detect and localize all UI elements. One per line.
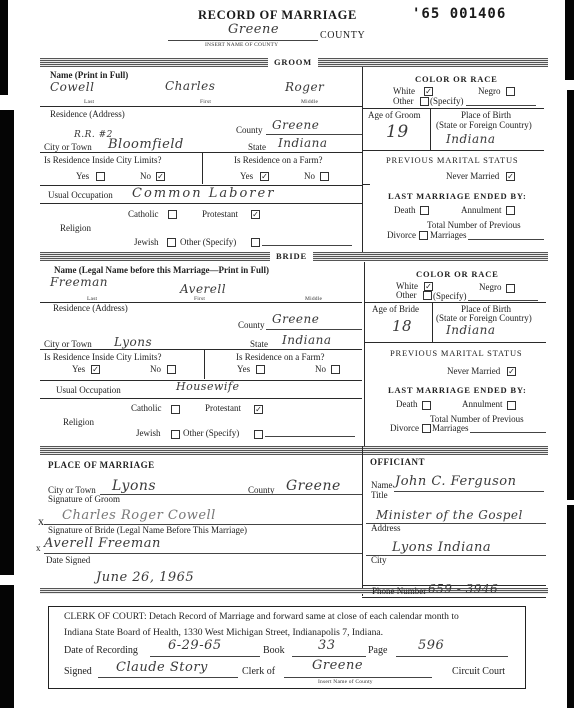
groom-county-label: County bbox=[236, 125, 263, 135]
groom-name-label: Name (Print in Full) bbox=[50, 70, 128, 80]
groom-marriages-label: Marriages bbox=[430, 230, 466, 240]
groom-age-vdivider bbox=[430, 108, 431, 150]
bride-right-column-border bbox=[364, 262, 365, 448]
groom-death-label: Death bbox=[394, 205, 416, 215]
place-city-underline bbox=[100, 494, 362, 495]
bride-farm-yes-label: Yes bbox=[237, 364, 250, 374]
groom-inside-city-yes-checkbox[interactable] bbox=[96, 172, 105, 181]
place-county-value: Greene bbox=[286, 478, 341, 494]
bride-other-religion-checkbox[interactable] bbox=[254, 430, 263, 439]
bride-section-band: BRIDE bbox=[40, 252, 548, 261]
header-county-hint: INSERT NAME OF COUNTY bbox=[205, 42, 278, 48]
bride-protestant-label: Protestant bbox=[205, 403, 241, 413]
groom-color-race-label: COLOR OR RACE bbox=[415, 74, 498, 84]
officiant-name-value: John C. Ferguson bbox=[395, 474, 516, 489]
groom-divorce-label: Divorce bbox=[387, 230, 416, 240]
groom-race-divider bbox=[362, 108, 544, 109]
bride-signature-label: Signature of Bride (Legal Name Before Th… bbox=[48, 525, 247, 535]
bride-race-specify-line bbox=[468, 300, 538, 301]
bride-farm-label: Is Residence on a Farm? bbox=[236, 352, 324, 362]
officiant-title-value: Minister of the Gospel bbox=[376, 508, 523, 522]
groom-signature-label: Signature of Groom bbox=[48, 494, 120, 504]
officiant-address-line bbox=[366, 555, 546, 556]
groom-race-specify-line bbox=[466, 105, 536, 106]
bride-marriages-line bbox=[470, 432, 546, 433]
bride-inside-city-no-label: No bbox=[150, 364, 161, 374]
bride-city-value: Lyons bbox=[114, 335, 152, 349]
header-county-underline bbox=[168, 40, 318, 41]
bride-race-negro-checkbox[interactable] bbox=[506, 284, 515, 293]
groom-jewish-label: Jewish bbox=[134, 237, 159, 247]
clerk-instruction-line1: CLERK OF COURT: Detach Record of Marriag… bbox=[64, 611, 459, 622]
groom-right-column-border bbox=[362, 67, 363, 253]
bride-signature[interactable]: Averell Freeman bbox=[44, 536, 161, 551]
groom-city-divider bbox=[40, 152, 362, 153]
bride-section-label: BRIDE bbox=[270, 250, 313, 262]
bride-divorce-checkbox[interactable] bbox=[422, 424, 431, 433]
bride-state-label: State bbox=[250, 339, 268, 349]
bride-farm-yes-checkbox[interactable] bbox=[256, 365, 265, 374]
form-title: RECORD OF MARRIAGE bbox=[198, 8, 357, 23]
bride-birthplace-sub-label: (State or Foreign Country) bbox=[436, 313, 532, 323]
date-signed-label: Date Signed bbox=[46, 555, 90, 565]
scan-margin-right-top bbox=[565, 0, 574, 80]
bride-race-other-label: Other bbox=[396, 290, 417, 300]
scan-margin-left-mid bbox=[0, 110, 14, 575]
groom-race-negro-checkbox[interactable] bbox=[506, 87, 515, 96]
officiant-phone-label: Phone Number bbox=[372, 586, 426, 596]
groom-never-married-label: Never Married bbox=[446, 171, 499, 181]
page-value: 596 bbox=[418, 638, 444, 653]
officiant-bottom-line bbox=[362, 597, 546, 598]
bride-inside-city-label: Is Residence Inside City Limits? bbox=[44, 352, 161, 362]
bride-catholic-label: Catholic bbox=[131, 403, 162, 413]
groom-signature-x-mark: x bbox=[38, 514, 44, 529]
groom-farm-no-label: No bbox=[304, 171, 315, 181]
officiant-section-label: OFFICIANT bbox=[370, 457, 425, 467]
groom-race-other-label: Other bbox=[393, 96, 414, 106]
groom-city-label: City or Town bbox=[44, 142, 92, 152]
groom-age-value: 19 bbox=[386, 122, 409, 142]
bride-protestant-checkbox[interactable]: ✓ bbox=[254, 405, 263, 414]
bride-farm-no-checkbox[interactable] bbox=[331, 365, 340, 374]
bride-occupation-label: Usual Occupation bbox=[56, 385, 121, 395]
officiant-address-value: Lyons Indiana bbox=[392, 540, 491, 555]
bride-never-married-checkbox[interactable]: ✓ bbox=[507, 367, 516, 376]
book-line bbox=[292, 656, 366, 657]
bride-occupation-divider bbox=[40, 398, 362, 399]
groom-never-married-checkbox[interactable]: ✓ bbox=[506, 172, 515, 181]
groom-birthplace-sub-label: (State or Foreign Country) bbox=[436, 120, 532, 130]
bride-county-underline bbox=[266, 329, 362, 330]
header-county-label: COUNTY bbox=[320, 30, 365, 41]
groom-inside-city-no-checkbox[interactable]: ✓ bbox=[156, 172, 165, 181]
groom-section-band: GROOM bbox=[40, 58, 548, 67]
groom-divorce-checkbox[interactable] bbox=[419, 231, 428, 240]
bride-other-religion-label: Other (Specify) bbox=[183, 428, 239, 438]
groom-last-name: Cowell bbox=[50, 80, 94, 94]
bride-race-other-checkbox[interactable] bbox=[423, 291, 432, 300]
clerk-county-value: Greene bbox=[312, 658, 363, 673]
bride-religion-label: Religion bbox=[63, 417, 94, 427]
groom-last-label: Last bbox=[84, 99, 94, 105]
groom-city-value: Bloomfield bbox=[108, 137, 184, 152]
groom-marriages-line bbox=[468, 239, 544, 240]
bride-inside-city-no-checkbox[interactable] bbox=[167, 365, 176, 374]
groom-age-bottom-divider bbox=[362, 150, 544, 151]
groom-signature[interactable]: Charles Roger Cowell bbox=[62, 508, 216, 523]
groom-religion-label: Religion bbox=[60, 223, 91, 233]
signed-line bbox=[98, 677, 238, 678]
bride-race-specify-label: (Specify) bbox=[433, 291, 467, 301]
place-city-value: Lyons bbox=[112, 478, 156, 494]
bride-catholic-checkbox[interactable] bbox=[171, 405, 180, 414]
date-recording-value: 6-29-65 bbox=[168, 638, 222, 653]
scan-margin-left-bottom bbox=[0, 585, 14, 708]
clerk-county-hint: Insert Name of County bbox=[318, 679, 373, 685]
groom-occupation-value: Common Laborer bbox=[132, 186, 275, 201]
officiant-address-label: Address bbox=[371, 523, 401, 533]
groom-catholic-checkbox[interactable] bbox=[168, 210, 177, 219]
bride-city-divider bbox=[40, 349, 362, 350]
groom-race-other-checkbox[interactable] bbox=[420, 97, 429, 106]
groom-occupation-divider bbox=[40, 203, 362, 204]
bride-farm-no-label: No bbox=[315, 364, 326, 374]
groom-protestant-checkbox[interactable]: ✓ bbox=[251, 210, 260, 219]
bride-divorce-label: Divorce bbox=[390, 423, 419, 433]
groom-farm-yes-checkbox[interactable]: ✓ bbox=[260, 172, 269, 181]
groom-first-name: Charles bbox=[165, 79, 215, 93]
groom-annulment-checkbox[interactable] bbox=[506, 206, 515, 215]
groom-state-value: Indiana bbox=[278, 136, 328, 150]
page-line bbox=[396, 656, 508, 657]
officiant-name-line bbox=[394, 491, 544, 492]
groom-last-ended-label: LAST MARRIAGE ENDED BY: bbox=[388, 191, 527, 201]
book-value: 33 bbox=[318, 638, 336, 653]
bride-age-bottom-divider bbox=[364, 342, 546, 343]
officiant-city-label: City bbox=[371, 555, 387, 565]
groom-prev-status-label: PREVIOUS MARITAL STATUS bbox=[386, 155, 518, 165]
bride-jewish-label: Jewish bbox=[136, 428, 161, 438]
bride-last-name: Freeman bbox=[50, 275, 108, 289]
page-label: Page bbox=[368, 645, 387, 656]
groom-inside-city-label: Is Residence Inside City Limits? bbox=[44, 155, 161, 165]
groom-inside-city-yes-label: Yes bbox=[76, 171, 89, 181]
clerk-county-line bbox=[284, 677, 432, 678]
bride-city-label: City or Town bbox=[44, 339, 92, 349]
officiant-name-label: Name bbox=[371, 480, 393, 490]
bride-signature-x-mark: x bbox=[36, 543, 41, 553]
groom-age-label: Age of Groom bbox=[368, 110, 421, 120]
groom-occupation-label: Usual Occupation bbox=[48, 190, 113, 200]
bride-first-name: Averell bbox=[180, 282, 226, 296]
bride-death-checkbox[interactable] bbox=[422, 401, 431, 410]
officiant-phone-value: 659 - 3946 bbox=[428, 582, 498, 596]
bride-never-married-label: Never Married bbox=[447, 366, 500, 376]
place-section-band bbox=[40, 446, 548, 455]
groom-other-religion-checkbox[interactable] bbox=[251, 238, 260, 247]
groom-county-underline bbox=[266, 134, 362, 135]
groom-jewish-checkbox[interactable] bbox=[167, 238, 176, 247]
bride-jewish-checkbox[interactable] bbox=[171, 430, 180, 439]
bride-last-ended-label: LAST MARRIAGE ENDED BY: bbox=[388, 385, 527, 395]
groom-other-religion-line bbox=[262, 245, 352, 246]
place-officiant-divider bbox=[362, 446, 363, 596]
groom-first-label: First bbox=[200, 99, 211, 105]
groom-birthplace-value: Indiana bbox=[446, 132, 496, 146]
groom-farm-label: Is Residence on a Farm? bbox=[234, 155, 322, 165]
bride-residence-vdivider bbox=[204, 349, 205, 379]
groom-residence-label: Residence (Address) bbox=[50, 109, 125, 119]
signed-label: Signed bbox=[64, 666, 92, 677]
serial-number: '65 001406 bbox=[412, 6, 506, 22]
groom-middle-name: Roger bbox=[285, 80, 324, 94]
bride-race-negro-label: Negro bbox=[479, 282, 502, 292]
scan-margin-left-top bbox=[0, 0, 8, 95]
groom-farm-yes-label: Yes bbox=[240, 171, 253, 181]
groom-catholic-label: Catholic bbox=[128, 209, 159, 219]
scan-margin-right-mid bbox=[567, 90, 574, 500]
bride-county-value: Greene bbox=[272, 312, 319, 326]
groom-race-specify-label: (Specify) bbox=[430, 96, 464, 106]
circuit-court-label: Circuit Court bbox=[452, 666, 505, 677]
groom-birthplace-label: Place of Birth bbox=[461, 110, 511, 120]
groom-inside-city-no-label: No bbox=[140, 171, 151, 181]
bride-signature-line bbox=[44, 553, 362, 554]
clerk-instruction-line2: Indiana State Board of Health, 1330 West… bbox=[64, 627, 383, 638]
bride-annulment-checkbox[interactable] bbox=[507, 401, 516, 410]
groom-county-value: Greene bbox=[272, 118, 319, 132]
bride-inside-city-yes-checkbox[interactable]: ✓ bbox=[91, 365, 100, 374]
bride-marriages-label: Marriages bbox=[432, 423, 468, 433]
bride-prev-status-label: PREVIOUS MARITAL STATUS bbox=[390, 348, 522, 358]
bride-age-value: 18 bbox=[392, 317, 412, 335]
clerk-of-label: Clerk of bbox=[242, 666, 275, 677]
groom-protestant-label: Protestant bbox=[202, 209, 238, 219]
date-signed-value: June 26, 1965 bbox=[96, 570, 194, 585]
groom-race-negro-label: Negro bbox=[478, 86, 501, 96]
groom-state-label: State bbox=[248, 142, 266, 152]
groom-middle-label: Middle bbox=[301, 99, 318, 105]
groom-race-white-label: White bbox=[393, 86, 415, 96]
bride-inside-city-yes-label: Yes bbox=[72, 364, 85, 374]
date-recording-label: Date of Recording bbox=[64, 645, 138, 656]
groom-race-white-checkbox[interactable]: ✓ bbox=[424, 87, 433, 96]
bride-name-label: Name (Legal Name before this Marriage—Pr… bbox=[54, 265, 269, 275]
bride-annulment-label: Annulment bbox=[462, 399, 503, 409]
groom-section-label: GROOM bbox=[268, 56, 318, 68]
place-section-label: PLACE OF MARRIAGE bbox=[48, 460, 155, 470]
bride-death-label: Death bbox=[396, 399, 418, 409]
signed-value: Claude Story bbox=[116, 660, 208, 675]
groom-name-divider bbox=[40, 106, 362, 107]
groom-annulment-label: Annulment bbox=[461, 205, 502, 215]
scan-margin-right-bottom bbox=[567, 505, 574, 708]
date-recording-line bbox=[150, 656, 260, 657]
officiant-title-label: Title bbox=[371, 490, 388, 500]
bride-birthplace-value: Indiana bbox=[446, 323, 496, 337]
bride-occupation-value: Housewife bbox=[176, 380, 239, 393]
book-label: Book bbox=[263, 645, 285, 656]
bride-race-divider bbox=[364, 302, 546, 303]
bride-color-race-label: COLOR OR RACE bbox=[416, 269, 499, 279]
header-county-value: Greene bbox=[228, 22, 279, 37]
bride-state-value: Indiana bbox=[282, 333, 332, 347]
groom-status-divider bbox=[362, 184, 370, 185]
groom-residence-vdivider bbox=[202, 152, 203, 184]
groom-death-checkbox[interactable] bbox=[420, 206, 429, 215]
bride-age-label: Age of Bride bbox=[372, 304, 419, 314]
bride-residence-label: Residence (Address) bbox=[53, 303, 128, 313]
groom-total-prev-label: Total Number of Previous bbox=[427, 220, 521, 230]
bride-age-vdivider bbox=[432, 302, 433, 342]
bride-county-label: County bbox=[238, 320, 265, 330]
groom-farm-no-checkbox[interactable] bbox=[320, 172, 329, 181]
groom-other-religion-label: Other (Specify) bbox=[180, 237, 236, 247]
bride-race-white-checkbox[interactable]: ✓ bbox=[424, 282, 433, 291]
bride-other-religion-line bbox=[265, 436, 355, 437]
